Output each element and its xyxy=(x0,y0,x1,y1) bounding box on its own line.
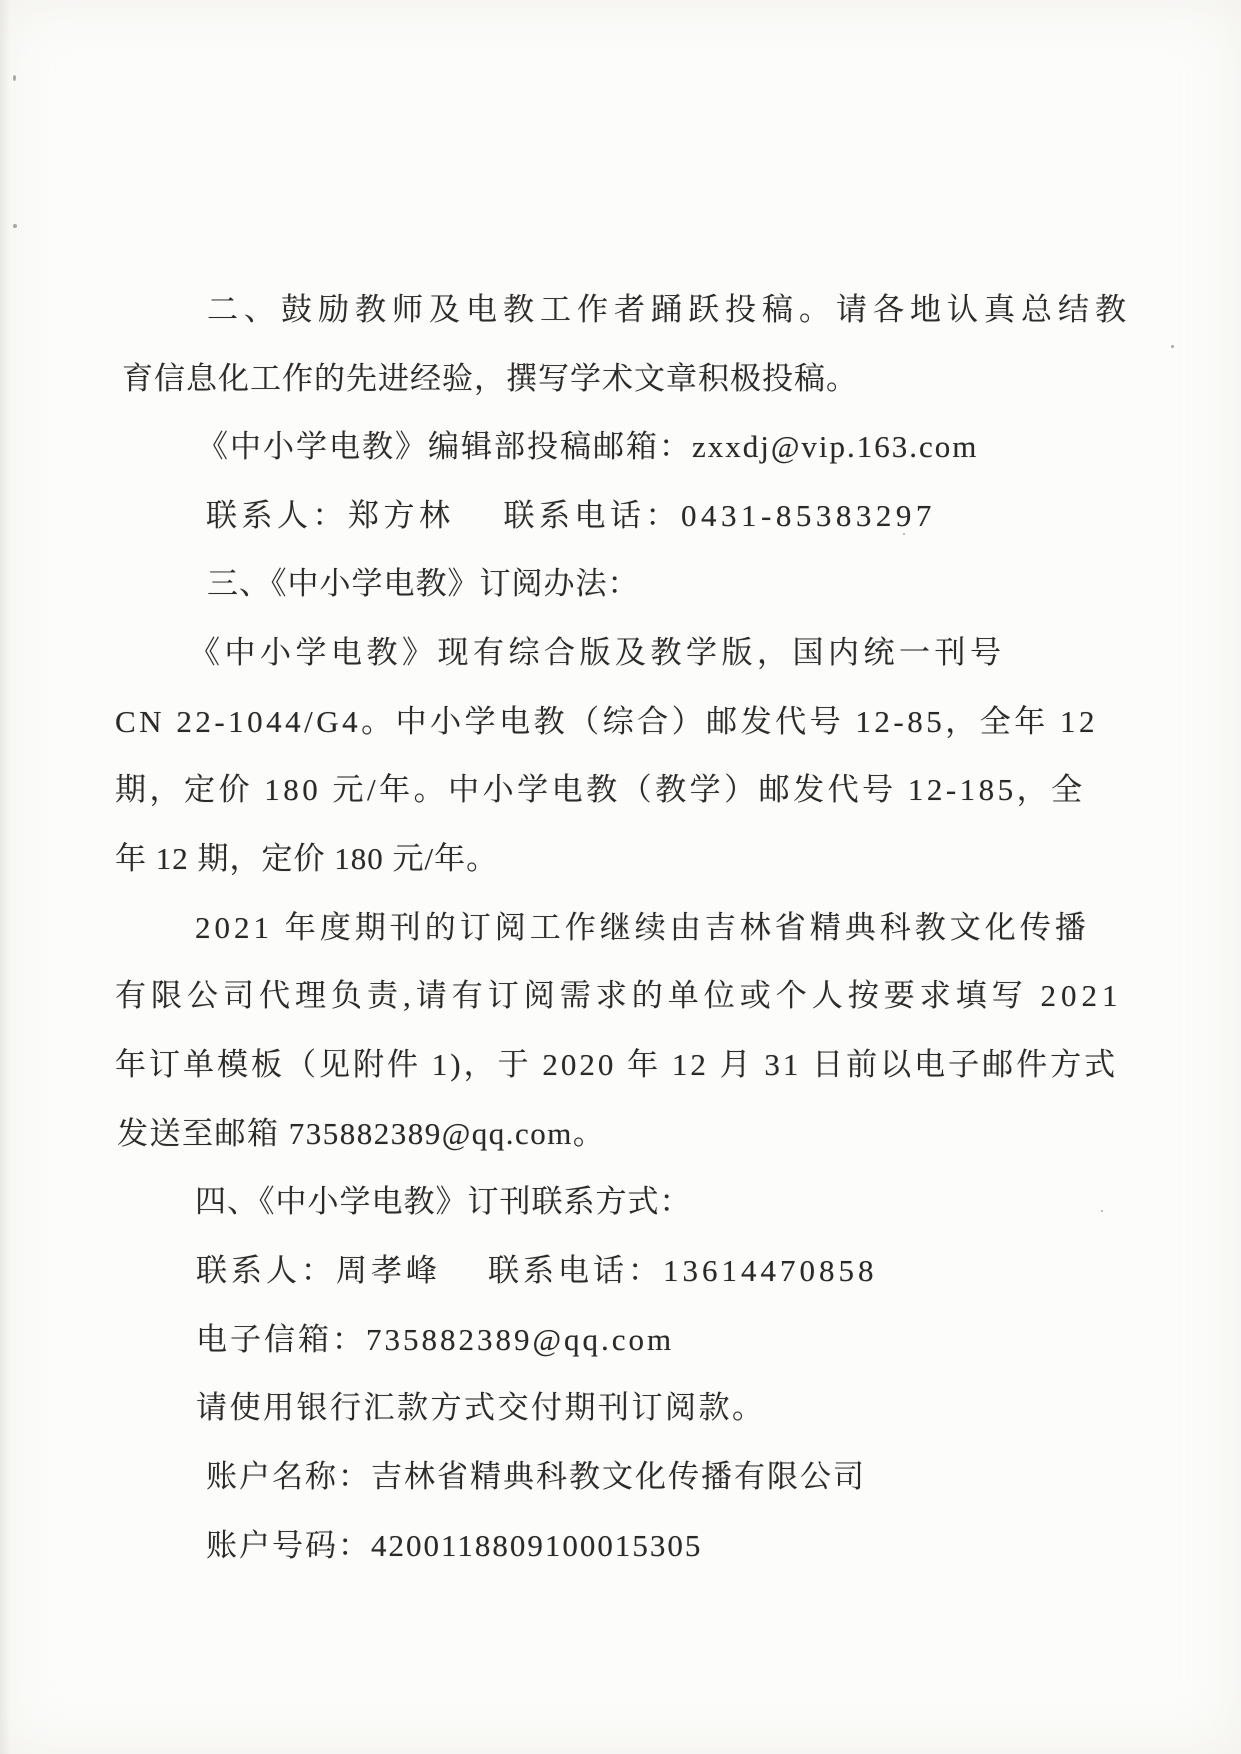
section4-account-number-line: 账户号码：4200118809100015305 xyxy=(206,1528,702,1564)
scan-edge-shading xyxy=(0,0,10,1754)
section3-edition-line-1: 《中小学电教》现有综合版及教学版，国内统一刊号 xyxy=(189,635,1006,671)
scan-speckle xyxy=(1101,1210,1103,1212)
section4-account-name-line: 账户名称：吉林省精典科教文化传播有限公司 xyxy=(206,1459,866,1495)
section3-subscription-line-2: 有限公司代理负责,请有订阅需求的单位或个人按要求填写 2021 xyxy=(115,978,1123,1014)
section3-heading: 三、《中小学电教》订阅办法： xyxy=(207,566,640,602)
section3-edition-line-3: 期，定价 180 元/年。中小学电教（教学）邮发代号 12-185，全 xyxy=(115,772,1086,808)
section3-subscription-line-4: 发送至邮箱 735882389@qq.com。 xyxy=(117,1116,605,1152)
section4-contact-line: 联系人：周孝峰 联系电话：13614470858 xyxy=(196,1253,878,1289)
section2-body-line-2: 育信息化工作的先进经验，撰写学术文章积极投稿。 xyxy=(122,361,858,397)
section4-email-line: 电子信箱：735882389@qq.com xyxy=(196,1322,674,1358)
section3-subscription-line-1: 2021 年度期刊的订阅工作继续由吉林省精典科教文化传播 xyxy=(195,910,1090,946)
section4-heading: 四、《中小学电教》订刊联系方式： xyxy=(195,1184,692,1220)
section3-edition-line-4: 年 12 期，定价 180 元/年。 xyxy=(115,841,498,877)
section3-subscription-line-3: 年订单模板（见附件 1)，于 2020 年 12 月 31 日前以电子邮件方式 xyxy=(115,1047,1118,1083)
scan-speckle xyxy=(13,224,17,228)
section2-body-line-1: 二、鼓励教师及电教工作者踊跃投稿。请各地认真总结教 xyxy=(207,292,1132,328)
section4-payment-line: 请使用银行汇款方式交付期刊订阅款。 xyxy=(196,1390,766,1426)
scan-speckle xyxy=(13,75,16,81)
scan-speckle xyxy=(1171,345,1174,348)
section2-contact-line: 联系人：郑方林 联系电话：0431-85383297 xyxy=(206,498,936,534)
scanned-document-page: 二、鼓励教师及电教工作者踊跃投稿。请各地认真总结教 育信息化工作的先进经验，撰写… xyxy=(0,0,1241,1754)
section2-submission-email-line: 《中小学电教》编辑部投稿邮箱：zxxdj@vip.163.com xyxy=(197,429,978,465)
section3-edition-line-2: CN 22-1044/G4。中小学电教（综合）邮发代号 12-85，全年 12 xyxy=(115,704,1098,740)
